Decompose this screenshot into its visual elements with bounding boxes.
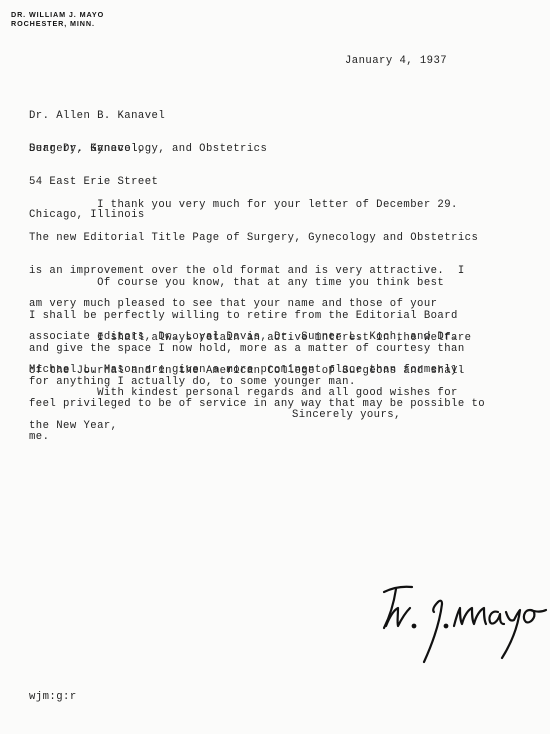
paragraph-line: With kindest personal regards and all go… [29, 388, 458, 399]
salutation: Dear Dr. Kanavel, [29, 144, 145, 155]
closing: Sincerely yours, [292, 410, 401, 421]
letter-date: January 4, 1937 [345, 56, 447, 67]
letterhead-name: DR. WILLIAM J. MAYO [11, 10, 104, 19]
handwritten-signature-icon [378, 580, 548, 670]
typist-initials: wjm:g:r [29, 692, 77, 703]
letterhead: DR. WILLIAM J. MAYO ROCHESTER, MINN. [11, 10, 104, 28]
letterhead-city: ROCHESTER, MINN. [11, 19, 104, 28]
paragraph-line: I shall always retain an active interest… [29, 333, 485, 344]
letter-page: DR. WILLIAM J. MAYO ROCHESTER, MINN. Jan… [0, 0, 550, 734]
address-line: Dr. Allen B. Kanavel [29, 111, 267, 122]
paragraph-line: I thank you very much for your letter of… [29, 200, 478, 211]
paragraph-line: Of course you know, that at any time you… [29, 278, 465, 289]
paragraph-line: the New Year, [29, 421, 458, 432]
paragraph-line: The new Editorial Title Page of Surgery,… [29, 233, 478, 244]
